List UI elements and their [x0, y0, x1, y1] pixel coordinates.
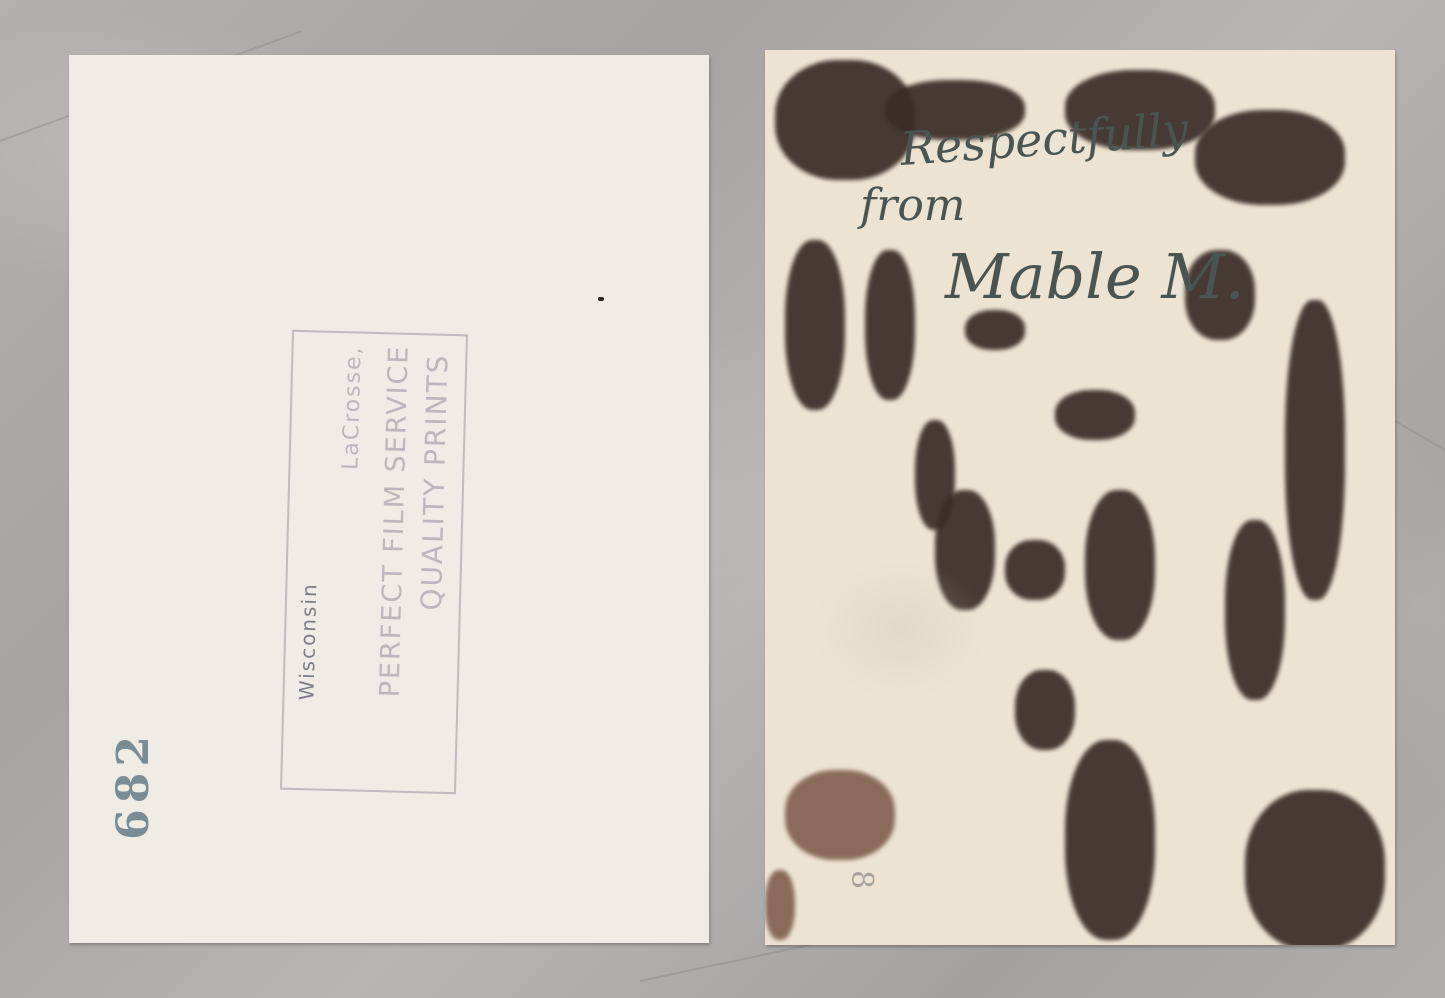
stamp-line-2: PERFECT FILM SERVICE	[374, 344, 414, 698]
stamp-line-1: QUALITY PRINTS	[415, 353, 455, 611]
faded-fingerprint	[810, 560, 990, 700]
stamp-line-3: LaCrosse,	[338, 345, 366, 470]
print-number-left: 682	[108, 730, 159, 840]
print-number-right: 8	[844, 870, 879, 889]
inscription-line-3: Mable M.	[945, 240, 1245, 313]
lab-stamp: QUALITY PRINTS PERFECT FILM SERVICE LaCr…	[280, 330, 468, 794]
ink-dot	[598, 297, 604, 301]
inscription-line-2: from	[860, 180, 966, 231]
stamp-line-4: Wisconsin	[294, 582, 321, 700]
